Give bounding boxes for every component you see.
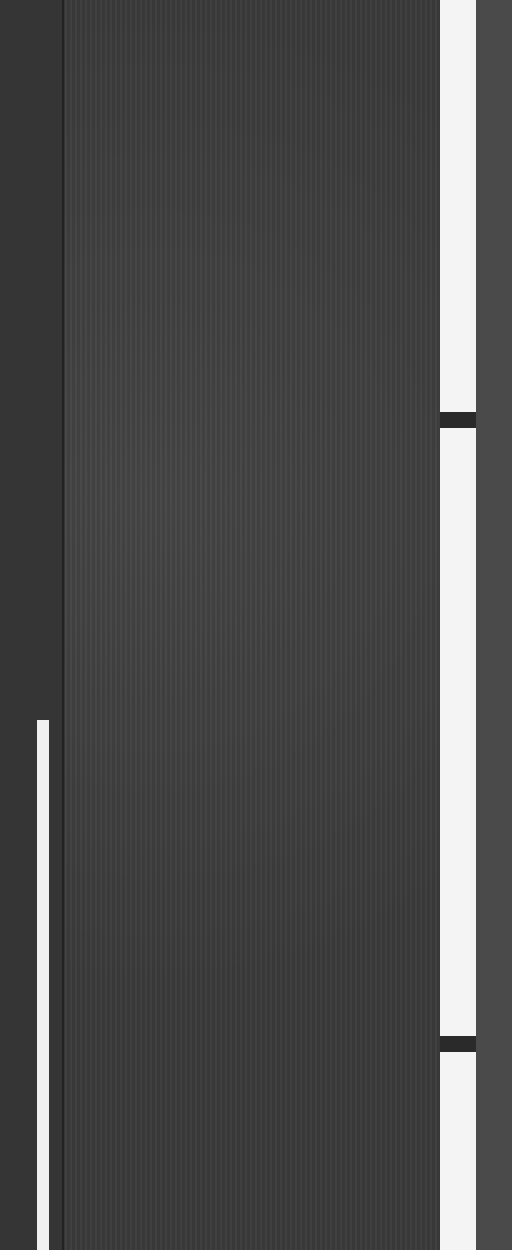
road-surface [0, 0, 512, 1250]
lane-dash-1 [440, 0, 476, 412]
left-edge-line [37, 720, 49, 1250]
lane-dash-3 [440, 1052, 476, 1250]
left-shoulder [0, 0, 65, 1250]
lane-gap-1 [440, 412, 476, 428]
right-shoulder [476, 0, 512, 1250]
lane-dash-2 [440, 428, 476, 1036]
lane-gap-2 [440, 1036, 476, 1052]
pavement-crack [62, 0, 64, 1250]
